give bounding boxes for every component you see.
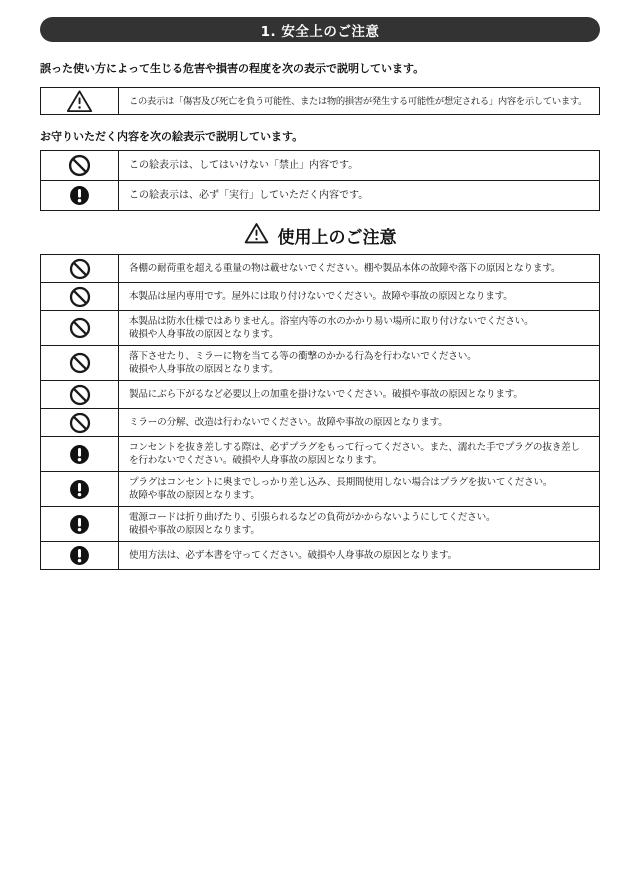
- prohibition-icon: [68, 155, 91, 174]
- table-row: この表示は「傷害及び死亡を負う可能性、または物的損害が発生する可能性が想定される…: [41, 88, 600, 115]
- table-row: コンセントを抜き差しする際は、必ずプラグをもって行ってください。また、濡れた手で…: [41, 437, 600, 472]
- usage-section-heading: 使用上のご注意: [40, 222, 600, 249]
- row-text: この絵表示は、必ず「実行」していただく内容です。: [129, 189, 591, 202]
- page-title: 1. 安全上のご注意: [40, 17, 600, 42]
- row-text: 本製品は防水仕様ではありません。浴室内等の水のかかり易い場所に取り付けないでくだ…: [129, 315, 591, 328]
- row-text: 使用方法は、必ず本書を守ってください。破損や人身事故の原因となります。: [129, 549, 591, 562]
- prohibition-icon: [69, 384, 91, 403]
- row-text: を行わないでください。破損や人身事故の原因となります。: [129, 454, 591, 467]
- section-heading-text: 使用上のご注意: [278, 223, 397, 248]
- row-text: 破損や人身事故の原因となります。: [129, 363, 591, 376]
- prohibition-icon: [69, 318, 91, 337]
- table-row: プラグはコンセントに奥までしっかり差し込み、長期間使用しない場合はプラグを抜いて…: [41, 472, 600, 507]
- row-text: プラグはコンセントに奥までしっかり差し込み、長期間使用しない場合はプラグを抜いて…: [129, 476, 591, 489]
- row-text: 本製品は屋内専用です。屋外には取り付けないでください。故障や事故の原因となります…: [129, 290, 591, 303]
- row-text: 故障や事故の原因となります。: [129, 489, 591, 502]
- row-text: 各棚の耐荷重を超える重量の物は載せないでください。棚や製品本体の故障や落下の原因…: [129, 262, 591, 275]
- prohibition-icon: [69, 412, 91, 431]
- table-row: 電源コードは折り曲げたり、引張られるなどの負荷がかからないようにしてください。 …: [41, 507, 600, 542]
- manual-page: 1. 安全上のご注意 誤った使い方によって生じる危害や損害の程度を次の表示で説明…: [0, 0, 640, 876]
- row-text: ミラーの分解、改造は行わないでください。故障や事故の原因となります。: [129, 416, 591, 429]
- mandatory-icon: [69, 545, 90, 564]
- mandatory-icon: [69, 479, 90, 498]
- row-text: 破損や事故の原因となります。: [129, 524, 591, 537]
- row-text: コンセントを抜き差しする際は、必ずプラグをもって行ってください。また、濡れた手で…: [129, 441, 591, 454]
- table-row: 使用方法は、必ず本書を守ってください。破損や人身事故の原因となります。: [41, 542, 600, 570]
- table-row: 本製品は防水仕様ではありません。浴室内等の水のかかり易い場所に取り付けないでくだ…: [41, 311, 600, 346]
- row-text: 破損や人身事故の原因となります。: [129, 328, 591, 341]
- table-row: この絵表示は、必ず「実行」していただく内容です。: [41, 181, 600, 211]
- pictogram-table: この絵表示は、してはいけない「禁止」内容です。: [40, 150, 600, 211]
- row-text: 電源コードは折り曲げたり、引張られるなどの負荷がかからないようにしてください。: [129, 511, 591, 524]
- usage-caution-table: 各棚の耐荷重を超える重量の物は載せないでください。棚や製品本体の故障や落下の原因…: [40, 254, 600, 570]
- mandatory-icon: [69, 185, 90, 204]
- mandatory-icon: [69, 444, 90, 463]
- row-text: この表示は「傷害及び死亡を負う可能性、または物的損害が発生する可能性が想定される…: [129, 95, 591, 108]
- mandatory-icon: [69, 514, 90, 533]
- prohibition-icon: [69, 353, 91, 372]
- row-text: この絵表示は、してはいけない「禁止」内容です。: [129, 159, 591, 172]
- table-row: 各棚の耐荷重を超える重量の物は載せないでください。棚や製品本体の故障や落下の原因…: [41, 255, 600, 283]
- page-content: 1. 安全上のご注意 誤った使い方によって生じる危害や損害の程度を次の表示で説明…: [0, 0, 640, 570]
- pictogram-intro-text: お守りいただく内容を次の絵表示で説明しています。: [40, 130, 600, 144]
- warning-triangle-icon: [244, 222, 269, 249]
- table-row: この絵表示は、してはいけない「禁止」内容です。: [41, 151, 600, 181]
- table-row: ミラーの分解、改造は行わないでください。故障や事故の原因となります。: [41, 409, 600, 437]
- table-row: 製品にぶら下がるなど必要以上の加重を掛けないでください。破損や事故の原因となりま…: [41, 381, 600, 409]
- prohibition-icon: [69, 258, 91, 277]
- table-row: 本製品は屋内専用です。屋外には取り付けないでください。故障や事故の原因となります…: [41, 283, 600, 311]
- prohibition-icon: [69, 286, 91, 305]
- row-text: 落下させたり、ミラーに物を当てる等の衝撃のかかる行為を行わないでください。: [129, 350, 591, 363]
- table-row: 落下させたり、ミラーに物を当てる等の衝撃のかかる行為を行わないでください。 破損…: [41, 346, 600, 381]
- row-text: 製品にぶら下がるなど必要以上の加重を掛けないでください。破損や事故の原因となりま…: [129, 388, 591, 401]
- warning-triangle-icon: [66, 91, 93, 110]
- severity-intro-text: 誤った使い方によって生じる危害や損害の程度を次の表示で説明しています。: [40, 62, 600, 76]
- severity-table: この表示は「傷害及び死亡を負う可能性、または物的損害が発生する可能性が想定される…: [40, 87, 600, 115]
